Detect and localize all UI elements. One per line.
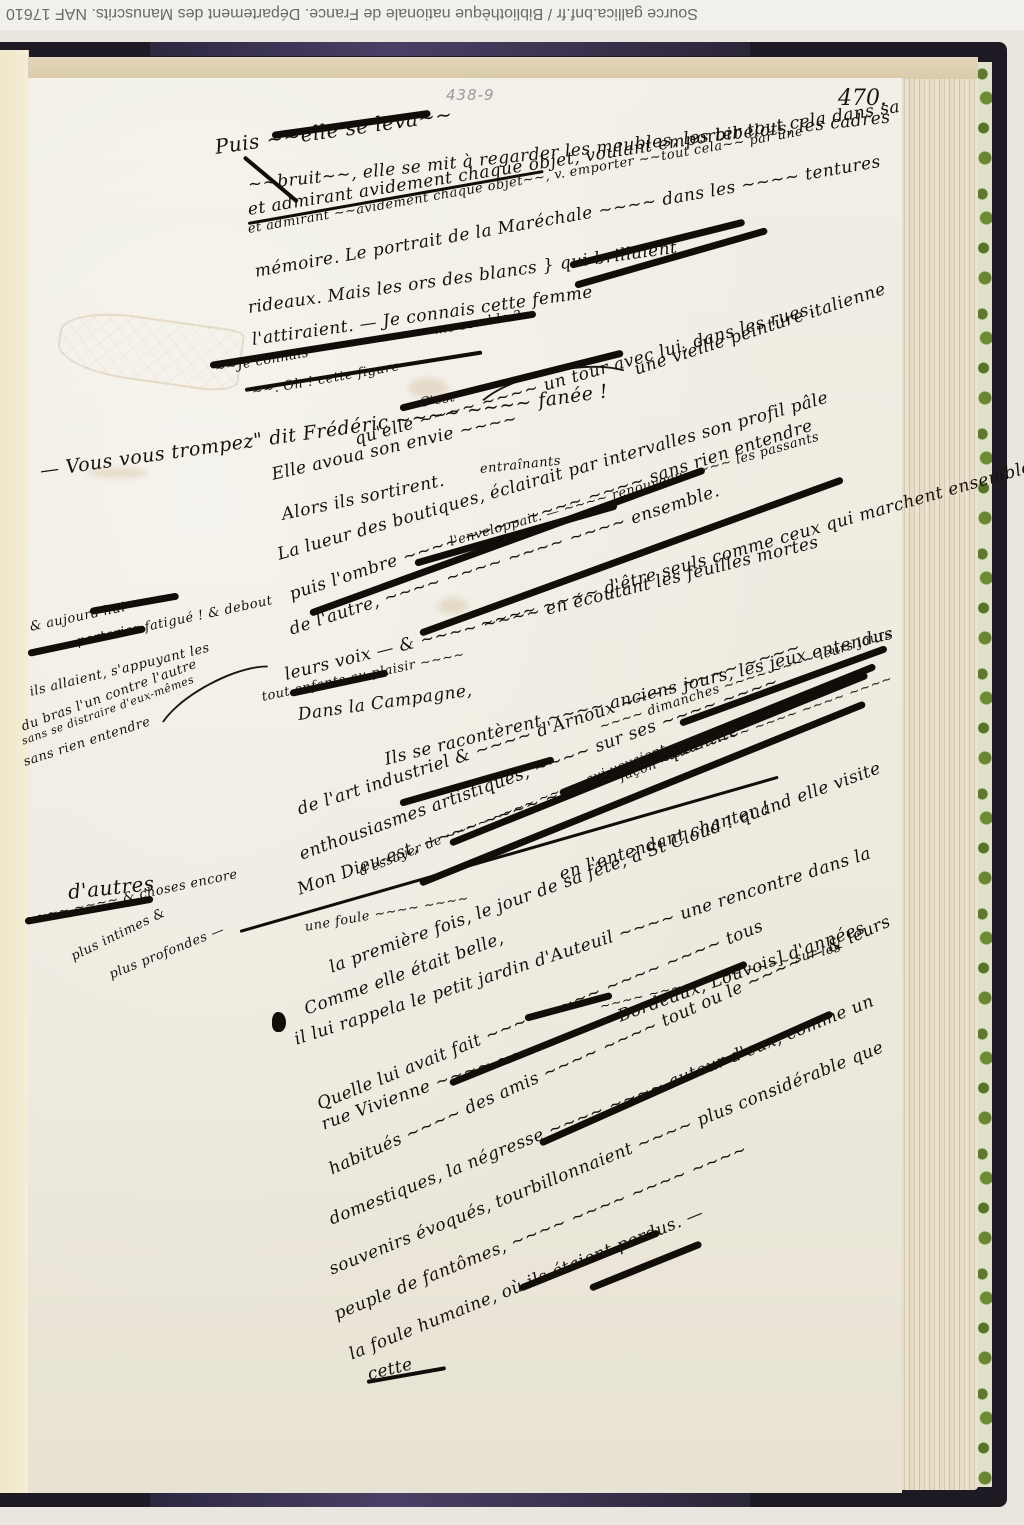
- marbled-endpaper: [978, 62, 992, 1487]
- folio-number-pencil: 438-9: [446, 86, 495, 104]
- binding-top-edge: [150, 42, 750, 56]
- page-stack-edges: [900, 58, 978, 1490]
- ink-blot: [272, 1012, 286, 1032]
- ink-stain: [438, 598, 468, 614]
- source-attribution-text: Source gallica.bnf.fr / Bibliothèque nat…: [6, 4, 706, 22]
- show-through-sketch: [54, 306, 245, 395]
- binding-bottom-edge: [150, 1493, 750, 1507]
- left-leaf-edge: [0, 50, 29, 1493]
- page-top-edge: [28, 57, 978, 79]
- source-attribution-bar: Source gallica.bnf.fr / Bibliothèque nat…: [0, 0, 1024, 30]
